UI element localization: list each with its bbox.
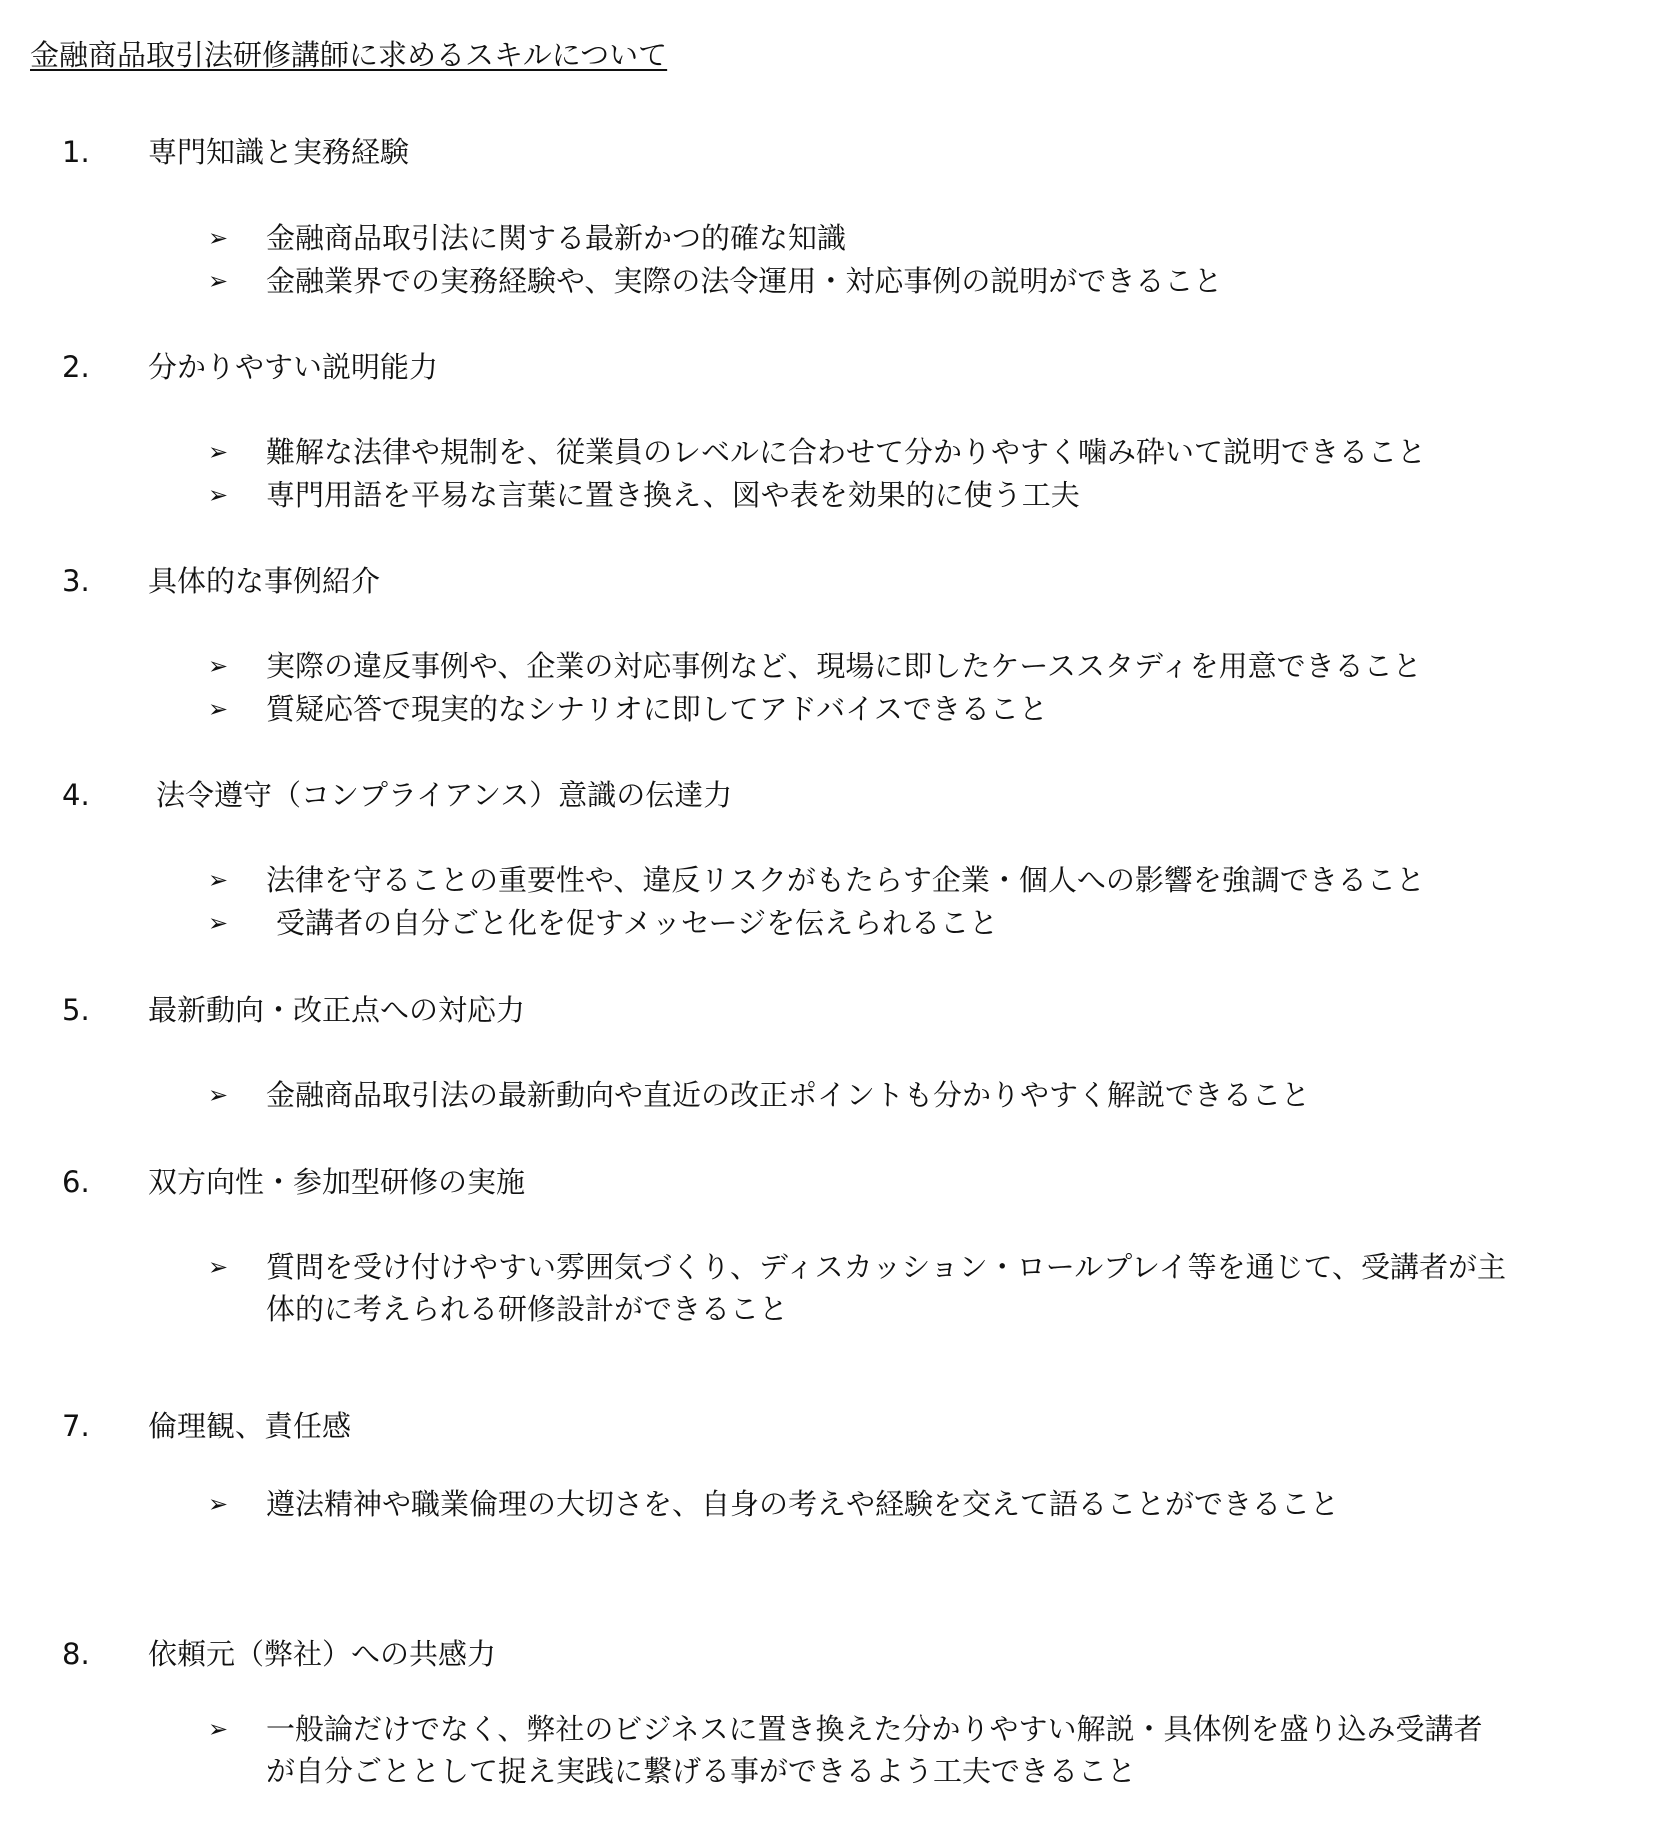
arrow-bullet-icon: ➢	[208, 902, 266, 944]
bullet-item: ➢金融商品取引法に関する最新かつ的確な知識	[208, 217, 846, 259]
arrow-bullet-icon: ➢	[208, 260, 266, 302]
bullet-item: ➢専門用語を平易な言葉に置き換え、図や表を効果的に使う工夫	[208, 474, 1080, 516]
bullet-item: ➢遵法精神や職業倫理の大切さを、自身の考えや経験を交えて語ることができること	[208, 1483, 1339, 1525]
section-number: 4.	[62, 776, 156, 814]
section-heading-8: 8.依頼元（弊社）への共感力	[62, 1635, 496, 1673]
arrow-bullet-icon: ➢	[208, 474, 266, 516]
section-number: 7.	[62, 1407, 148, 1445]
section-title: 双方向性・参加型研修の実施	[148, 1165, 525, 1199]
section-title: 依頼元（弊社）への共感力	[148, 1637, 496, 1671]
section-heading-5: 5.最新動向・改正点への対応力	[62, 991, 525, 1029]
bullet-item: ➢金融業界での実務経験や、実際の法令運用・対応事例の説明ができること	[208, 260, 1222, 302]
section-number: 1.	[62, 133, 148, 171]
section-number: 5.	[62, 991, 148, 1029]
arrow-bullet-icon: ➢	[208, 645, 266, 687]
arrow-bullet-icon: ➢	[208, 859, 266, 901]
section-heading-4: 4.法令遵守（コンプライアンス）意識の伝達力	[62, 776, 732, 814]
section-heading-3: 3.具体的な事例紹介	[62, 562, 380, 600]
section-number: 6.	[62, 1163, 148, 1201]
section-heading-2: 2.分かりやすい説明能力	[62, 348, 438, 386]
section-number: 2.	[62, 348, 148, 386]
section-heading-6: 6.双方向性・参加型研修の実施	[62, 1163, 525, 1201]
arrow-bullet-icon: ➢	[208, 1074, 266, 1116]
section-title: 分かりやすい説明能力	[148, 350, 438, 384]
section-title: 最新動向・改正点への対応力	[148, 993, 525, 1027]
bullet-item: ➢法律を守ることの重要性や、違反リスクがもたらす企業・個人への影響を強調できるこ…	[208, 859, 1425, 901]
bullet-item: ➢質疑応答で現実的なシナリオに即してアドバイスできること	[208, 688, 1048, 730]
bullet-item: ➢質問を受け付けやすい雰囲気づくり、ディスカッション・ロールプレイ等を通じて、受…	[208, 1246, 1506, 1330]
section-title: 専門知識と実務経験	[148, 135, 409, 169]
section-title: 倫理観、責任感	[148, 1409, 351, 1443]
section-title: 具体的な事例紹介	[148, 564, 380, 598]
arrow-bullet-icon: ➢	[208, 1246, 266, 1288]
bullet-item: ➢金融商品取引法の最新動向や直近の改正ポイントも分かりやすく解説できること	[208, 1074, 1310, 1116]
section-heading-7: 7.倫理観、責任感	[62, 1407, 351, 1445]
section-number: 3.	[62, 562, 148, 600]
arrow-bullet-icon: ➢	[208, 688, 266, 730]
arrow-bullet-icon: ➢	[208, 1708, 266, 1750]
bullet-item: ➢難解な法律や規制を、従業員のレベルに合わせて分かりやすく噛み砕いて説明できるこ…	[208, 431, 1426, 473]
arrow-bullet-icon: ➢	[208, 431, 266, 473]
bullet-item: ➢実際の違反事例や、企業の対応事例など、現場に即したケーススタディを用意できるこ…	[208, 645, 1422, 687]
bullet-item: ➢一般論だけでなく、弊社のビジネスに置き換えた分かりやすい解説・具体例を盛り込み…	[208, 1708, 1483, 1792]
section-number: 8.	[62, 1635, 148, 1673]
bullet-item: ➢受講者の自分ごと化を促すメッセージを伝えられること	[208, 902, 998, 944]
arrow-bullet-icon: ➢	[208, 217, 266, 259]
section-heading-1: 1.専門知識と実務経験	[62, 133, 409, 171]
document-title: 金融商品取引法研修講師に求めるスキルについて	[30, 36, 667, 74]
arrow-bullet-icon: ➢	[208, 1483, 266, 1525]
section-title: 法令遵守（コンプライアンス）意識の伝達力	[156, 778, 732, 812]
